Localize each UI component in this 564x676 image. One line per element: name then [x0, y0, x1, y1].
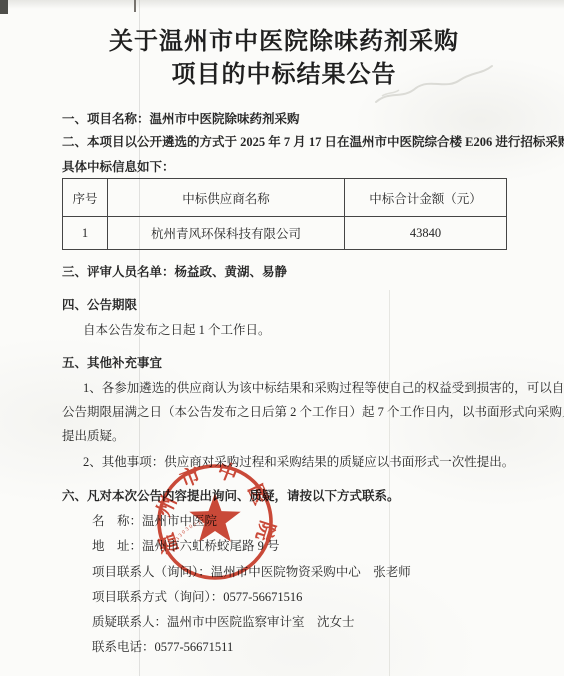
- cell-supplier: 杭州青风环保科技有限公司: [108, 217, 345, 250]
- contact-name: 名 称：温州市中医院: [62, 512, 506, 530]
- section-5-para1-line2: 公告期限届满之日（本公告发布之日后第 2 个工作日）起 7 个工作日内，以书面形…: [62, 403, 506, 421]
- document-title: 关于温州市中医院除味药剂采购 项目的中标结果公告: [62, 26, 506, 92]
- section-4-content: 自本公告发布之日起 1 个工作日。: [62, 321, 506, 339]
- section-2-continuation: 具体中标信息如下：: [62, 158, 506, 176]
- award-table-header-row: 序号 中标供应商名称 中标合计金额（元）: [63, 179, 507, 217]
- section-4-heading: 四、公告期限: [62, 296, 506, 314]
- title-line-1: 关于温州市中医院除味药剂采购: [62, 26, 506, 59]
- announcement-document: 关于温州市中医院除味药剂采购 项目的中标结果公告 一、项目名称：温州市中医院除味…: [0, 0, 564, 676]
- section-5-para1-line3: 提出质疑。: [62, 427, 506, 445]
- cell-amount: 43840: [345, 217, 507, 250]
- title-line-2: 项目的中标结果公告: [62, 59, 506, 92]
- contact-project-person: 项目联系人（询问）：温州市中医院物资采购中心 张老师: [62, 563, 506, 581]
- award-table: 序号 中标供应商名称 中标合计金额（元） 1 杭州青风环保科技有限公司 4384…: [62, 178, 507, 250]
- cell-seq: 1: [63, 217, 108, 250]
- section-5-para1-line1: 1、各参加遴选的供应商认为该中标结果和采购过程等使自己的权益受到损害的，可以自本: [62, 379, 506, 397]
- table-header-seq: 序号: [63, 179, 108, 217]
- contact-address: 地 址：温州市六虹桥蛟尾路 9 号: [62, 537, 506, 555]
- table-header-amount: 中标合计金额（元）: [345, 179, 507, 217]
- section-2-procurement-method: 二、本项目以公开遴选的方式于 2025 年 7 月 17 日在温州市中医院综合楼…: [62, 133, 506, 151]
- table-row: 1 杭州青风环保科技有限公司 43840: [63, 217, 507, 250]
- section-1-project-name: 一、项目名称：温州市中医院除味药剂采购: [62, 110, 506, 128]
- contact-project-phone: 项目联系方式（询问）：0577-56671516: [62, 588, 506, 606]
- contact-challenge-person: 质疑联系人：温州市中医院监察审计室 沈女士: [62, 613, 506, 631]
- scanned-announcement-page: { "document": { "title": { "line1": "关于温…: [0, 0, 564, 676]
- section-3-reviewers: 三、评审人员名单：杨益政、黄湖、易静: [62, 263, 506, 281]
- section-5-heading: 五、其他补充事宜: [62, 354, 506, 372]
- contact-phone: 联系电话：0577-56671511: [62, 638, 506, 656]
- table-header-supplier: 中标供应商名称: [108, 179, 345, 217]
- section-6-heading: 六、凡对本次公告内容提出询问、质疑，请按以下方式联系。: [62, 487, 506, 505]
- section-5-para2: 2、其他事项：供应商对采购过程和采购结果的质疑应以书面形式一次性提出。: [62, 453, 506, 471]
